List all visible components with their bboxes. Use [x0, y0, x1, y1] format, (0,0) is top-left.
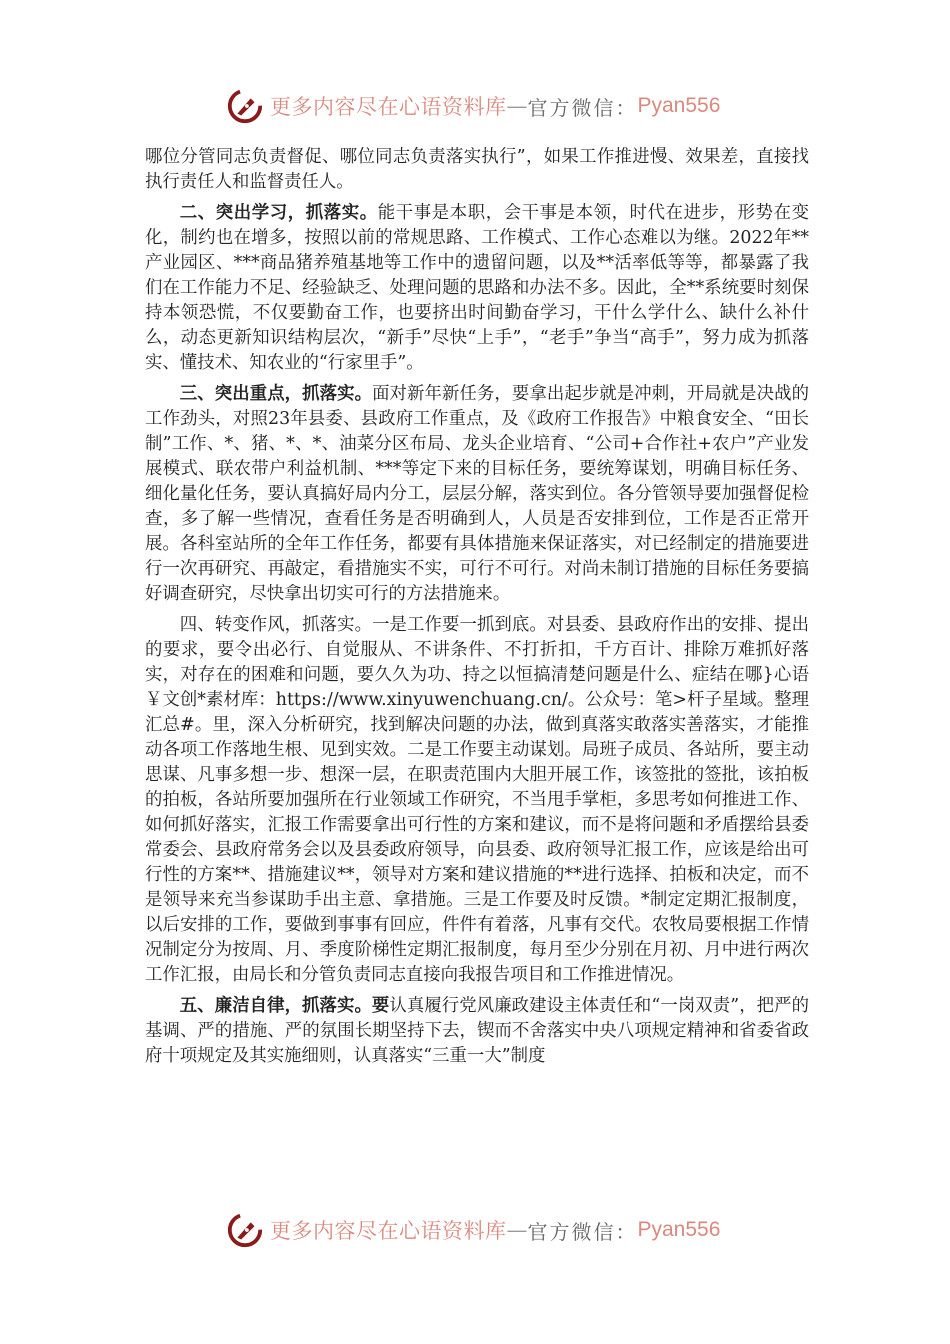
paragraph-1: 哪位分管同志负责督促、哪位同志负责落实执行”，如果工作推进慢、效果差，直接找执行… [145, 145, 809, 195]
document-body: 哪位分管同志负责督促、哪位同志负责落实执行”，如果工作推进慢、效果差，直接找执行… [145, 145, 809, 1075]
header-banner: 更多内容尽在心语资料库 — 官方微信： Pyan556 [226, 86, 720, 126]
banner-wechat-label: 官方微信： [528, 1216, 638, 1245]
banner-dash: — [507, 94, 528, 118]
section-heading: 三、突出重点，抓落实。 [180, 384, 372, 404]
pen-nib-logo-icon [226, 87, 264, 125]
paragraph-4: 四、转变作风，抓落实。一是工作要一抓到底。对县委、县政府作出的安排、提出的要求，… [145, 613, 809, 988]
section-heading: 五、廉洁自律，抓落实。要 [180, 996, 390, 1016]
banner-wechat-id: Pyan556 [638, 94, 721, 118]
section-heading: 二、突出学习，抓落实。 [180, 203, 378, 223]
paragraph-3: 三、突出重点，抓落实。面对新年新任务，要拿出起步就是冲刺，开局就是决战的工作劲头… [145, 382, 809, 607]
banner-main-text: 更多内容尽在心语资料库 [270, 91, 507, 121]
paragraph-5: 五、廉洁自律，抓落实。要认真履行党风廉政建设主体责任和“一岗双责”，把严的基调、… [145, 994, 809, 1069]
footer-banner: 更多内容尽在心语资料库 — 官方微信： Pyan556 [226, 1210, 720, 1250]
banner-dash: — [507, 1218, 528, 1242]
banner-wechat-id: Pyan556 [638, 1218, 721, 1242]
banner-main-text: 更多内容尽在心语资料库 [270, 1215, 507, 1245]
paragraph-2: 二、突出学习，抓落实。能干事是本职，会干事是本领，时代在进步，形势在变化，制约也… [145, 201, 809, 376]
pen-nib-logo-icon [226, 1211, 264, 1249]
banner-wechat-label: 官方微信： [528, 92, 638, 121]
